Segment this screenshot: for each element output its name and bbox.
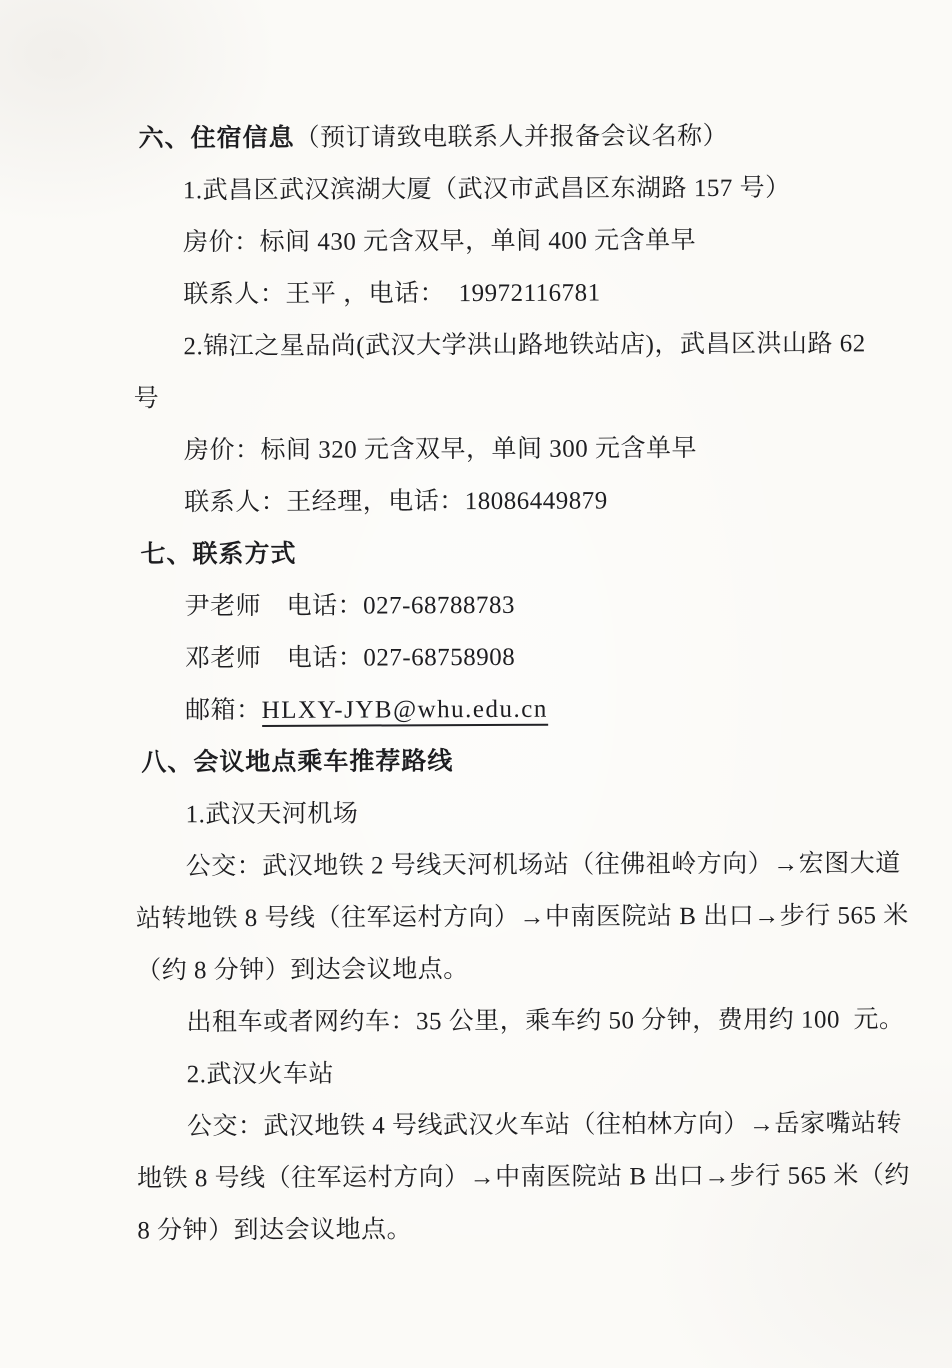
hotel1-name-line: 1.武昌区武汉滨湖大厦（武汉市武昌区东湖路 157 号） — [133, 162, 895, 217]
hotel2-name-line1: 2.锦江之星品尚(武汉大学洪山路地铁站店)，武昌区洪山路 62 — [133, 318, 895, 373]
hotel1-contact-line: 联系人：王平 ，电话： 19972116781 — [133, 266, 895, 321]
route2-bus-line2: 地铁 8 号线（往军运村方向）→中南医院站 B 出口→步行 565 米（约 — [137, 1150, 899, 1205]
hotel2-name-line2: 号 — [134, 370, 896, 425]
document-content: 六、住宿信息（预订请致电联系人并报备会议名称） 1.武昌区武汉滨湖大厦（武汉市武… — [0, 0, 952, 1258]
section6-heading: 六、住宿信息 — [139, 125, 295, 153]
route2-title: 2.武汉火车站 — [137, 1046, 899, 1101]
section8-heading: 八、会议地点乘车推荐路线 — [135, 734, 897, 789]
contact-teacher-deng-line: 邓老师 电话：027-68758908 — [135, 630, 897, 685]
route2-bus-line1: 公交：武汉地铁 4 号线武汉火车站（往柏林方向）→岳家嘴站转 — [137, 1098, 899, 1153]
route1-taxi-line: 出租车或者网约车：35 公里，乘车约 50 分钟，费用约 100 元。 — [136, 994, 898, 1049]
hotel1-price-line: 房价：标间 430 元含双早，单间 400 元含单早 — [133, 214, 895, 269]
route1-bus-line1: 公交：武汉地铁 2 号线天河机场站（往佛祖岭方向）→宏图大道 — [136, 838, 898, 893]
hotel2-price-line: 房价：标间 320 元含双早，单间 300 元含单早 — [134, 422, 896, 477]
email-line: 邮箱：HLXY-JYB@whu.edu.cn — [135, 682, 897, 737]
route1-title: 1.武汉天河机场 — [135, 786, 897, 841]
email-address: HLXY-JYB@whu.edu.cn — [262, 696, 548, 727]
contact-teacher-yin-line: 尹老师 电话：027-68788783 — [135, 578, 897, 633]
scanned-document-page: 六、住宿信息（预订请致电联系人并报备会议名称） 1.武昌区武汉滨湖大厦（武汉市武… — [0, 0, 952, 1368]
route1-bus-line2: 站转地铁 8 号线（往军运村方向）→中南医院站 B 出口→步行 565 米 — [136, 890, 898, 945]
section6-heading-note: （预订请致电联系人并报备会议名称） — [295, 123, 729, 152]
route2-bus-line3: 8 分钟）到达会议地点。 — [137, 1202, 899, 1257]
hotel2-contact-line: 联系人：王经理，电话：18086449879 — [134, 474, 896, 529]
route1-bus-line3: （约 8 分钟）到达会议地点。 — [136, 942, 898, 997]
email-label: 邮箱： — [185, 697, 262, 724]
section6-heading-line: 六、住宿信息（预订请致电联系人并报备会议名称） — [132, 110, 894, 165]
section7-heading: 七、联系方式 — [134, 526, 896, 581]
